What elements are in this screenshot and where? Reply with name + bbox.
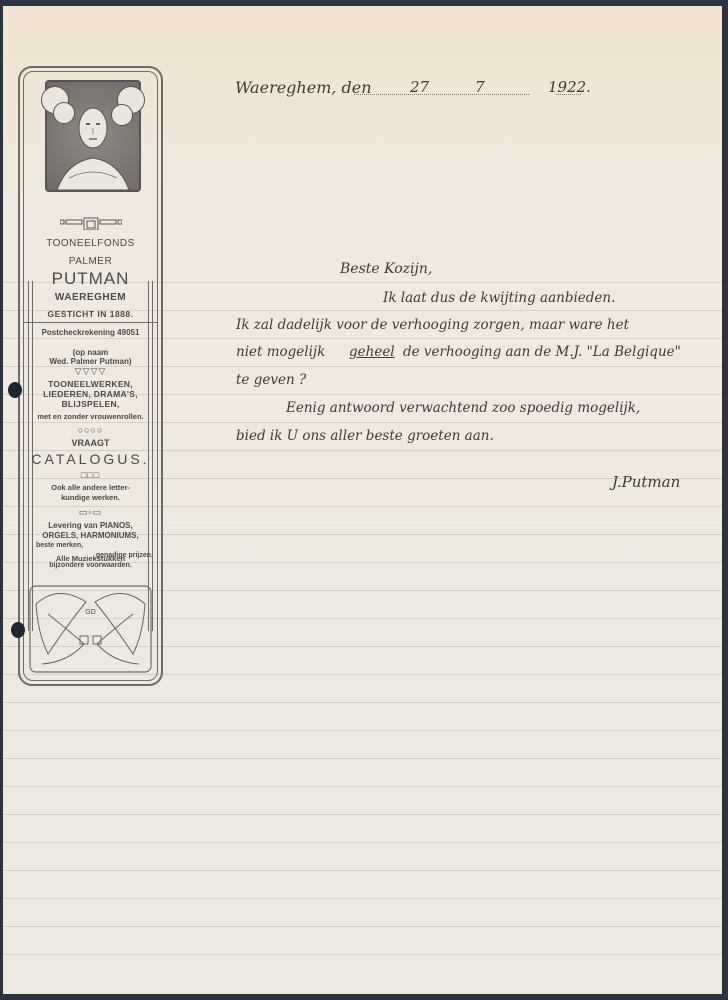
company-name: PUTMAN [26,269,155,289]
sheet-music-note: Alle Muziekstukken [26,554,155,563]
products-list: TOONEELWERKEN, LIEDEREN, DRAMA'S, BLIJSP… [26,379,155,409]
letter-line: bied ik U ons aller beste groeten aan. [236,428,494,444]
letterhead: TOONEELFONDS PALMER PUTMAN WAEREGHEM GES… [18,66,163,686]
punch-hole [8,382,22,398]
ask-label: VRAAGT [26,438,155,448]
company-line-2: PALMER [26,256,155,267]
divider [24,322,157,323]
bars-divider-icon: ▭▫▭ [26,507,155,518]
punch-hole [11,622,25,638]
letter-line: niet mogelijk [236,344,325,360]
date-month: 7 [475,78,485,96]
letter-line: Eenig antwoord verwachtend zoo spoedig m… [286,400,640,416]
other-works: Ook alle andere letter- kundige werken. [26,483,155,503]
circles-divider-icon: ○○○○ [26,425,155,435]
celtic-knot-ornament-icon: GD [28,584,153,674]
letter-greeting: Beste Kozijn, [340,261,432,277]
letter-line: Ik laat dus de kwijting aanbieden. [383,290,615,306]
letter-line: Ik zal dadelijk voor de verhooging zorge… [236,317,629,333]
postcheck-account: Postcheckrekening 49051 [26,328,155,338]
date-city: Waereghem, den [235,78,372,97]
triangles-divider-icon: ▽▽▽▽ [26,366,155,377]
founded-year: GESTICHT IN 1888. [26,309,155,319]
letter-line-emphasis: geheel [349,344,395,360]
date-year: 1922. [548,78,591,96]
svg-text:GD: GD [85,608,96,616]
art-nouveau-portrait-icon [45,80,141,192]
letter-line: te geven ? [236,372,306,388]
ornament-icon [60,216,122,230]
company-line-1: TOONEELFONDS [26,238,155,249]
letter-line: de verhooging aan de M.J. "La Belgique" [403,344,681,360]
postcheck-holder: (op naam Wed. Palmer Putman) [26,348,155,366]
squares-divider-icon: □□□ [26,470,155,480]
products-note: met en zonder vrouwenrollen. [26,412,155,421]
catalogue-label: CATALOGUS. [26,451,155,467]
company-city: WAEREGHEM [26,292,155,303]
date-day: 27 [410,78,429,96]
signature: J.Putman [612,473,680,491]
instruments-supply: Levering van PIANOS, ORGELS, HARMONIUMS, [26,521,155,541]
